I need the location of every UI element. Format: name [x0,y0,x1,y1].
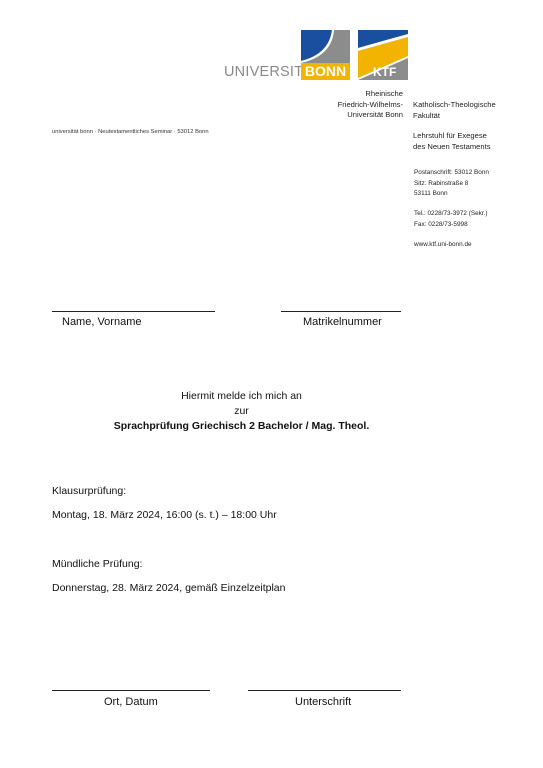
matrikel-signature-line[interactable] [281,311,401,312]
logo-bonn-label: BONN [301,63,350,80]
university-line: Universität Bonn [320,110,403,121]
faculty-line: Katholisch-Theologische [413,100,496,111]
chair-name: Lehrstuhl für Exegese des Neuen Testamen… [413,131,491,152]
name-label: Name, Vorname [62,316,141,328]
postal-line: Sitz: Rabinstraße 8 [414,179,489,190]
written-exam-date: Montag, 18. März 2024, 16:00 (s. t.) – 1… [52,509,277,521]
postal-line: 53111 Bonn [414,189,489,200]
chair-line: Lehrstuhl für Exegese [413,131,491,142]
postal-line: Postanschrift: 53012 Bonn [414,168,489,179]
oral-exam-heading: Mündliche Prüfung: [52,558,142,570]
signature-label: Unterschrift [295,696,351,708]
phone-number: Tel.: 0228/73-3972 (Sekr.) [414,209,488,220]
fax-number: Fax: 0228/73-5998 [414,220,488,231]
written-exam-heading: Klausurprüfung: [52,485,126,497]
sender-line: universität bonn · Neutestamentliches Se… [52,129,209,135]
faculty-name: Katholisch-Theologische Fakultät [413,100,496,121]
intro-line-2: zur [0,405,513,417]
place-date-label: Ort, Datum [104,696,158,708]
exam-title: Sprachprüfung Griechisch 2 Bachelor / Ma… [0,420,513,432]
logo-ktf-label: KTF [373,65,396,79]
signature-line[interactable] [248,690,401,691]
university-line: Rheinische [320,89,403,100]
university-line: Friedrich-Wilhelms- [320,100,403,111]
contact-numbers: Tel.: 0228/73-3972 (Sekr.) Fax: 0228/73-… [414,209,488,230]
chair-line: des Neuen Testaments [413,142,491,153]
website-link[interactable]: www.ktf.uni-bonn.de [414,240,472,251]
name-signature-line[interactable] [52,311,215,312]
faculty-line: Fakultät [413,111,496,122]
intro-line-1: Hiermit melde ich mich an [0,390,513,402]
place-date-line[interactable] [52,690,210,691]
postal-address: Postanschrift: 53012 Bonn Sitz: Rabinstr… [414,168,489,200]
university-logo-icon [301,30,350,63]
oral-exam-date: Donnerstag, 28. März 2024, gemäß Einzelz… [52,582,285,594]
matrikel-label: Matrikelnummer [303,316,382,328]
university-name: Rheinische Friedrich-Wilhelms- Universit… [320,89,403,121]
